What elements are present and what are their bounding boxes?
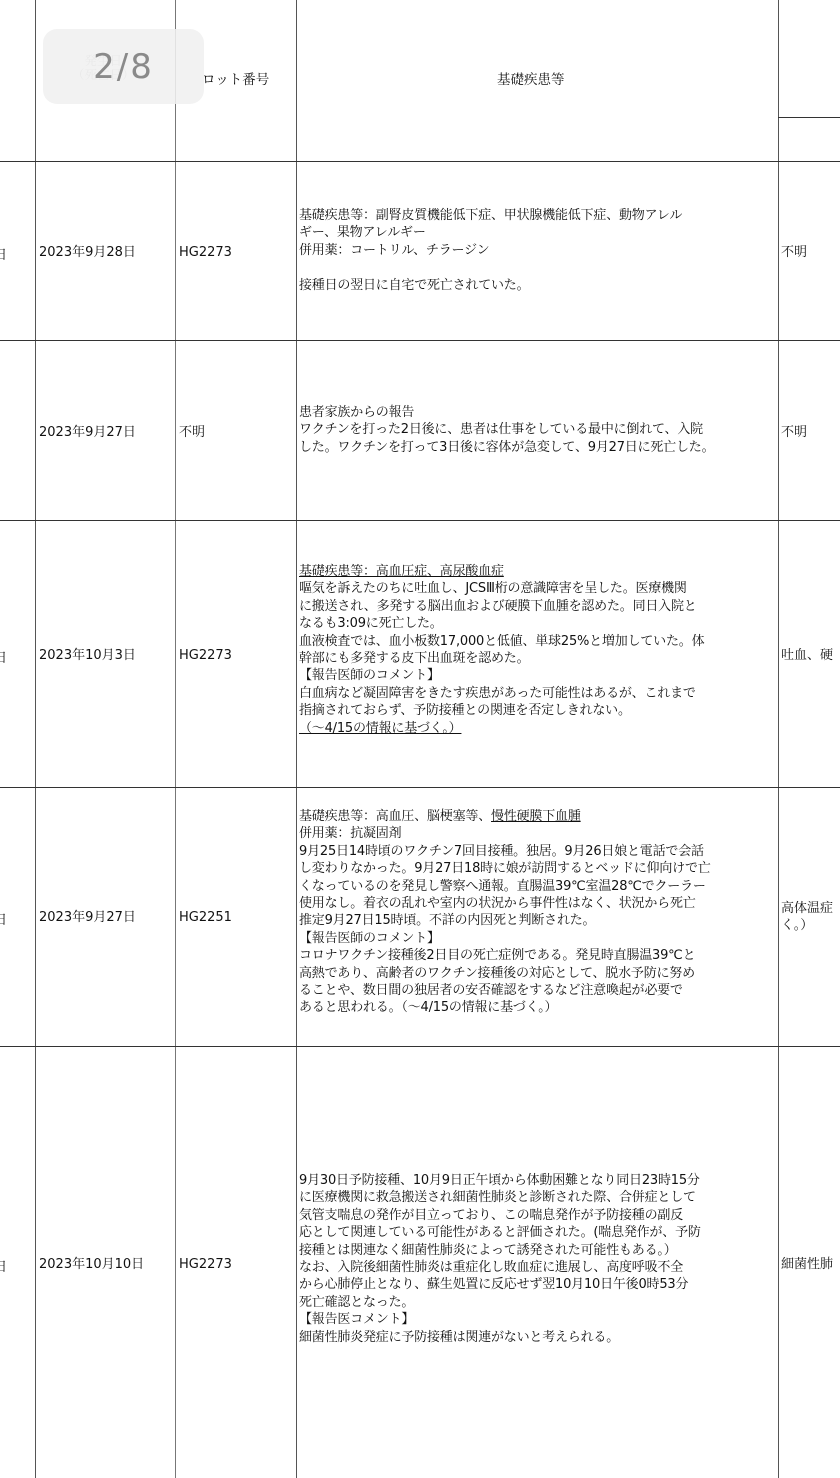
grid-line: [778, 0, 779, 1478]
desc-line: 【報告医師のコメント】: [299, 667, 777, 684]
desc-line: 接種日の翌日に自宅で死亡されていた。: [299, 277, 777, 294]
desc-line: [299, 259, 777, 276]
grid-line: [296, 0, 297, 1478]
header-lot-number: ロット番号: [202, 68, 269, 88]
desc-line: コロナワクチン接種後2日目の死亡症例である。発見時直腸温39℃と: [299, 947, 777, 964]
desc-line: 接種とは関連なく細菌性肺炎によって誘発された可能性もある。）: [299, 1242, 777, 1259]
desc-line: 患者家族からの報告: [299, 404, 777, 421]
grid-line: [0, 161, 840, 162]
cause-cell: 高体温症 く。）: [781, 900, 840, 934]
desc-line: 併用薬：コートリル、チラージン: [299, 242, 777, 259]
description: 基礎疾患等：高血圧、脳梗塞等、慢性硬膜下血腫 併用薬：抗凝固剤 9月25日14時…: [299, 808, 777, 1017]
grid-line: [175, 0, 176, 1478]
desc-line: 基礎疾患等：高血圧、脳梗塞等、慢性硬膜下血腫: [299, 808, 777, 825]
desc-line: 併用薬：抗凝固剤: [299, 825, 777, 842]
desc-line: なお、入院後細菌性肺炎は重症化し敗血症に進展し、高度呼吸不全: [299, 1259, 777, 1276]
document-page: ロット番号 基礎疾患等 日 2023年9月28日 HG2273 基礎疾患等：副腎…: [0, 0, 840, 1478]
desc-line: 血液検査では、血小板数17,000と低値、単球25%と増加していた。体: [299, 633, 777, 650]
description: 基礎疾患等：副腎皮質機能低下症、甲状腺機能低下症、動物アレル ギー、果物アレルギ…: [299, 207, 777, 294]
desc-line: 【報告医師のコメント】: [299, 930, 777, 947]
lot-number: HG2273: [179, 1256, 232, 1273]
desc-line: に搬送され、多発する脳出血および硬膜下血腫を認めた。同日入院と: [299, 598, 777, 615]
desc-line: ギー、果物アレルギー: [299, 224, 777, 241]
left-clipped-cell: 日: [0, 244, 34, 263]
grid-line: [0, 340, 840, 341]
desc-line: 基礎疾患等：副腎皮質機能低下症、甲状腺機能低下症、動物アレル: [299, 207, 777, 224]
left-clipped-cell: 日: [0, 909, 34, 928]
page-indicator-text: 2/8: [43, 29, 204, 104]
cause-cell: 細菌性肺: [781, 1256, 840, 1273]
desc-line: した。ワクチンを打って3日後に容体が急変して、9月27日に死亡した。: [299, 439, 777, 456]
desc-line: 指摘されておらず、予防接種との関連を否定しきれない。: [299, 702, 777, 719]
desc-line: なるも3:09に死亡した。: [299, 615, 777, 632]
grid-line: [778, 117, 840, 118]
desc-line: 【報告医コメント】: [299, 1311, 777, 1328]
desc-line: に医療機関に救急搬送され細菌性肺炎と診断された際、合併症として: [299, 1189, 777, 1206]
lot-number: HG2273: [179, 244, 232, 261]
desc-line: 応として関連している可能性があると評価された。(喘息発作が、予防: [299, 1224, 777, 1241]
onset-date: 2023年10月3日: [39, 647, 136, 664]
header-underlying-conditions: 基礎疾患等: [497, 68, 565, 88]
desc-line: し変わりなかった。9月27日18時に娘が訪問するとベッドに仰向けで亡: [299, 860, 777, 877]
desc-line: ワクチンを打った2日後に、患者は仕事をしている最中に倒れて、入院: [299, 421, 777, 438]
desc-line: くなっているのを発見し警察へ通報。直腸温39℃室温28℃でクーラー: [299, 878, 777, 895]
description: 9月30日予防接種、10月9日正午頃から体動困難となり同日23時15分 に医療機…: [299, 1172, 777, 1346]
cause-cell: 不明: [781, 424, 840, 441]
description: 基礎疾患等：高血圧症、高尿酸血症 嘔気を訴えたのちに吐血し、JCSⅢ桁の意識障害…: [299, 563, 777, 737]
desc-line: 死亡確認となった。: [299, 1294, 777, 1311]
desc-line: ることや、数日間の独居者の安否確認をするなど注意喚起が必要で: [299, 982, 777, 999]
cause-cell: 不明: [781, 244, 840, 261]
grid-line: [0, 787, 840, 788]
desc-line: 9月30日予防接種、10月9日正午頃から体動困難となり同日23時15分: [299, 1172, 777, 1189]
desc-line: 白血病など凝固障害をきたす疾患があった可能性はあるが、これまで: [299, 685, 777, 702]
cause-cell: 吐血、硬: [781, 647, 840, 664]
grid-line: [0, 1046, 840, 1047]
lot-number: HG2251: [179, 909, 232, 926]
desc-line: 気管支喘息の発作が目立っており、この喘息発作が予防接種の副反: [299, 1207, 777, 1224]
lot-number: HG2273: [179, 647, 232, 664]
desc-line: 嘔気を訴えたのちに吐血し、JCSⅢ桁の意識障害を呈した。医療機関: [299, 580, 777, 597]
grid-line: [0, 520, 840, 521]
desc-line: 推定9月27日15時頃。不詳の内因死と判断された。: [299, 912, 777, 929]
grid-line: [35, 0, 36, 1478]
desc-line: から心肺停止となり、蘇生処置に反応せず翌10月10日午後0時53分: [299, 1276, 777, 1293]
desc-line: 基礎疾患等：高血圧症、高尿酸血症: [299, 563, 777, 580]
onset-date: 2023年9月28日: [39, 244, 136, 261]
desc-line: 細菌性肺炎発症に予防接種は関連がないと考えられる。: [299, 1329, 777, 1346]
page-indicator: 2/8: [43, 29, 204, 104]
desc-line: あると思われる。（～4/15の情報に基づく。）: [299, 999, 777, 1016]
left-clipped-cell: 日: [0, 1256, 34, 1275]
description: 患者家族からの報告 ワクチンを打った2日後に、患者は仕事をしている最中に倒れて、…: [299, 404, 777, 456]
desc-line: 高熱であり、高齢者のワクチン接種後の対応として、脱水予防に努め: [299, 965, 777, 982]
desc-line: 9月25日14時頃のワクチン7回目接種。独居。9月26日娘と電話で会話: [299, 843, 777, 860]
desc-line: 幹部にも多発する皮下出血斑を認めた。: [299, 650, 777, 667]
onset-date: 2023年10月10日: [39, 1256, 144, 1273]
left-clipped-cell: 日: [0, 647, 34, 666]
onset-date: 2023年9月27日: [39, 424, 136, 441]
desc-line: （～4/15の情報に基づく。）: [299, 720, 777, 737]
desc-line: 使用なし。着衣の乱れや室内の状況から事件性はなく、状況から死亡: [299, 895, 777, 912]
onset-date: 2023年9月27日: [39, 909, 136, 926]
lot-number: 不明: [179, 424, 205, 441]
